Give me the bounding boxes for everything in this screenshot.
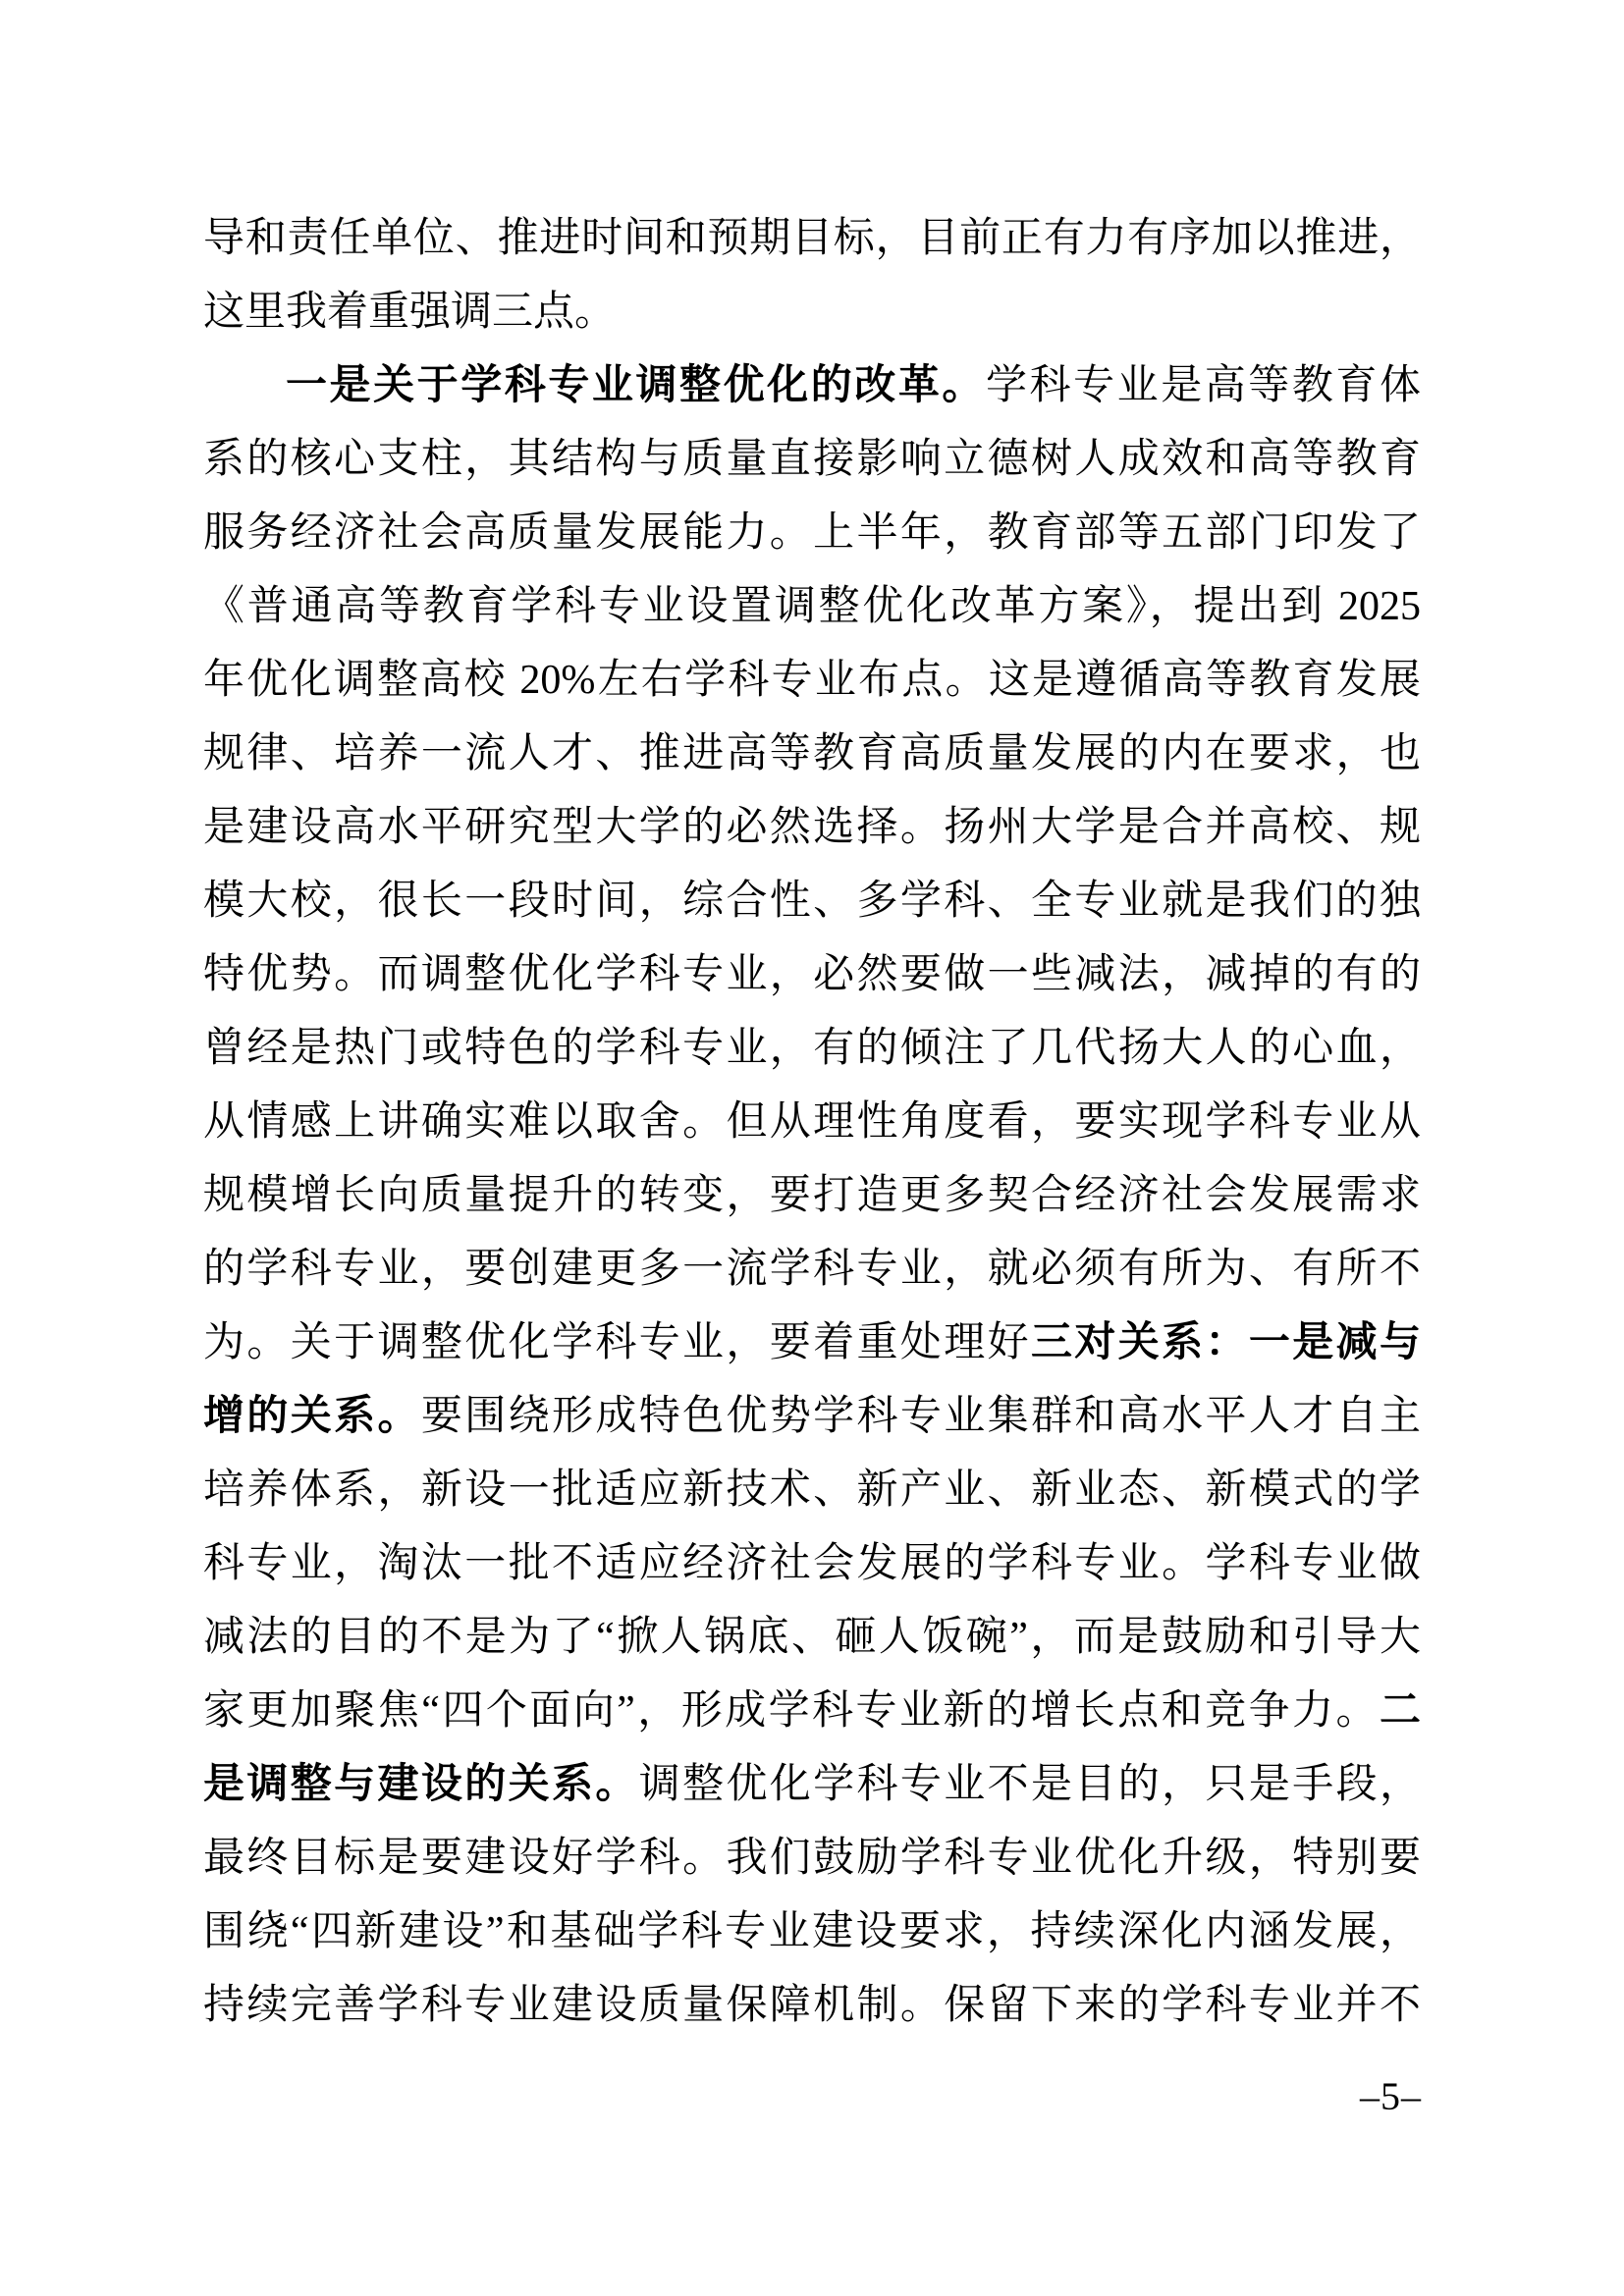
body-text-segment: 科专业，淘汰一批不适应经济社会发展的学科专业。学科专业做 bbox=[203, 1541, 1421, 1586]
body-text-segment: 调整优化学科专业不是目的，只是手段， bbox=[639, 1762, 1421, 1807]
text-line-4: 系的核心支柱，其结构与质量直接影响立德树人成效和高等教育 bbox=[203, 423, 1421, 497]
text-line-8: 规律、培养一流人才、推进高等教育高质量发展的内在要求，也 bbox=[203, 718, 1421, 791]
text-line-2: 这里我着重强调三点。 bbox=[203, 276, 1421, 349]
text-line-17: 增的关系。要围绕形成特色优势学科专业集群和高水平人才自主 bbox=[203, 1380, 1421, 1454]
text-line-3: 一是关于学科专业调整优化的改革。学科专业是高等教育体 bbox=[203, 349, 1421, 423]
body-text-segment: 要围绕形成特色优势学科专业集群和高水平人才自主 bbox=[421, 1394, 1421, 1439]
emphasis-text: 一是关于学科专业调整优化的改革。 bbox=[286, 363, 986, 408]
body-text-segment: 最终目标是要建设好学科。我们鼓励学科专业优化升级，特别要 bbox=[203, 1836, 1421, 1881]
document-body: 导和责任单位、推进时间和预期目标，目前正有力有序加以推进，这里我着重强调三点。一… bbox=[203, 202, 1421, 2043]
text-line-25: 持续完善学科专业建设质量保障机制。保留下来的学科专业并不 bbox=[203, 1969, 1421, 2043]
text-line-14: 规模增长向质量提升的转变，要打造更多契合经济社会发展需求 bbox=[203, 1159, 1421, 1233]
document-page: 导和责任单位、推进时间和预期目标，目前正有力有序加以推进，这里我着重强调三点。一… bbox=[0, 0, 1624, 2296]
text-line-18: 培养体系，新设一批适应新技术、新产业、新业态、新模式的学 bbox=[203, 1454, 1421, 1527]
body-text-segment: 规律、培养一流人才、推进高等教育高质量发展的内在要求，也 bbox=[203, 731, 1421, 776]
emphasis-text: 二 bbox=[1380, 1688, 1421, 1734]
text-line-6: 《普通高等教育学科专业设置调整优化改革方案》，提出到 2025 bbox=[203, 570, 1421, 644]
text-line-19: 科专业，淘汰一批不适应经济社会发展的学科专业。学科专业做 bbox=[203, 1527, 1421, 1601]
body-text-segment: 的学科专业，要创建更多一流学科专业，就必须有所为、有所不 bbox=[203, 1247, 1421, 1292]
emphasis-text: 是调整与建设的关系。 bbox=[203, 1762, 639, 1807]
body-text-segment: 培养体系，新设一批适应新技术、新产业、新业态、新模式的学 bbox=[203, 1468, 1421, 1513]
body-text-segment: 持续完善学科专业建设质量保障机制。保留下来的学科专业并不 bbox=[203, 1983, 1421, 2028]
text-line-10: 模大校，很长一段时间，综合性、多学科、全专业就是我们的独 bbox=[203, 865, 1421, 938]
text-line-7: 年优化调整高校 20%左右学科专业布点。这是遵循高等教育发展 bbox=[203, 644, 1421, 718]
body-text-segment: 从情感上讲确实难以取舍。但从理性角度看，要实现学科专业从 bbox=[203, 1099, 1421, 1145]
body-text-segment: 这里我着重强调三点。 bbox=[203, 290, 616, 335]
text-line-11: 特优势。而调整优化学科专业，必然要做一些减法，减掉的有的 bbox=[203, 938, 1421, 1012]
text-line-23: 最终目标是要建设好学科。我们鼓励学科专业优化升级，特别要 bbox=[203, 1822, 1421, 1896]
body-text-segment: 系的核心支柱，其结构与质量直接影响立德树人成效和高等教育 bbox=[203, 437, 1421, 482]
body-text-segment: 学科专业是高等教育体 bbox=[986, 363, 1421, 408]
text-line-24: 围绕“四新建设”和基础学科专业建设要求，持续深化内涵发展， bbox=[203, 1896, 1421, 1969]
emphasis-text: 三对关系：一是减与 bbox=[1031, 1320, 1421, 1365]
body-text-segment: 《普通高等教育学科专业设置调整优化改革方案》，提出到 2025 bbox=[203, 584, 1421, 629]
body-text-segment: 为。关于调整优化学科专业，要着重处理好 bbox=[203, 1320, 1031, 1365]
body-text-segment: 导和责任单位、推进时间和预期目标，目前正有力有序加以推进， bbox=[203, 216, 1421, 261]
body-text-segment: 是建设高水平研究型大学的必然选择。扬州大学是合并高校、规 bbox=[203, 805, 1421, 850]
text-line-16: 为。关于调整优化学科专业，要着重处理好三对关系：一是减与 bbox=[203, 1307, 1421, 1380]
body-text-segment: 曾经是热门或特色的学科专业，有的倾注了几代扬大人的心血， bbox=[203, 1026, 1421, 1071]
text-line-15: 的学科专业，要创建更多一流学科专业，就必须有所为、有所不 bbox=[203, 1233, 1421, 1307]
text-line-22: 是调整与建设的关系。调整优化学科专业不是目的，只是手段， bbox=[203, 1748, 1421, 1822]
body-text-segment: 规模增长向质量提升的转变，要打造更多契合经济社会发展需求 bbox=[203, 1173, 1421, 1218]
text-line-12: 曾经是热门或特色的学科专业，有的倾注了几代扬大人的心血， bbox=[203, 1012, 1421, 1086]
text-line-20: 减法的目的不是为了“掀人锅底、砸人饭碗”，而是鼓励和引导大 bbox=[203, 1601, 1421, 1675]
body-text-segment: 年优化调整高校 20%左右学科专业布点。这是遵循高等教育发展 bbox=[203, 658, 1421, 703]
emphasis-text: 增的关系。 bbox=[203, 1394, 421, 1439]
body-text-segment: 服务经济社会高质量发展能力。上半年，教育部等五部门印发了 bbox=[203, 510, 1421, 556]
text-line-1: 导和责任单位、推进时间和预期目标，目前正有力有序加以推进， bbox=[203, 202, 1421, 276]
page-number: –5– bbox=[1360, 2073, 1422, 2120]
body-text-segment: 围绕“四新建设”和基础学科专业建设要求，持续深化内涵发展， bbox=[203, 1909, 1421, 1954]
body-text-segment: 家更加聚焦“四个面向”，形成学科专业新的增长点和竞争力。 bbox=[203, 1688, 1380, 1734]
body-text-segment: 特优势。而调整优化学科专业，必然要做一些减法，减掉的有的 bbox=[203, 952, 1421, 997]
text-line-13: 从情感上讲确实难以取舍。但从理性角度看，要实现学科专业从 bbox=[203, 1086, 1421, 1159]
body-text-segment: 模大校，很长一段时间，综合性、多学科、全专业就是我们的独 bbox=[203, 879, 1421, 924]
text-line-9: 是建设高水平研究型大学的必然选择。扬州大学是合并高校、规 bbox=[203, 791, 1421, 865]
body-text-segment: 减法的目的不是为了“掀人锅底、砸人饭碗”，而是鼓励和引导大 bbox=[203, 1615, 1421, 1660]
text-line-21: 家更加聚焦“四个面向”，形成学科专业新的增长点和竞争力。二 bbox=[203, 1675, 1421, 1748]
text-line-5: 服务经济社会高质量发展能力。上半年，教育部等五部门印发了 bbox=[203, 497, 1421, 570]
